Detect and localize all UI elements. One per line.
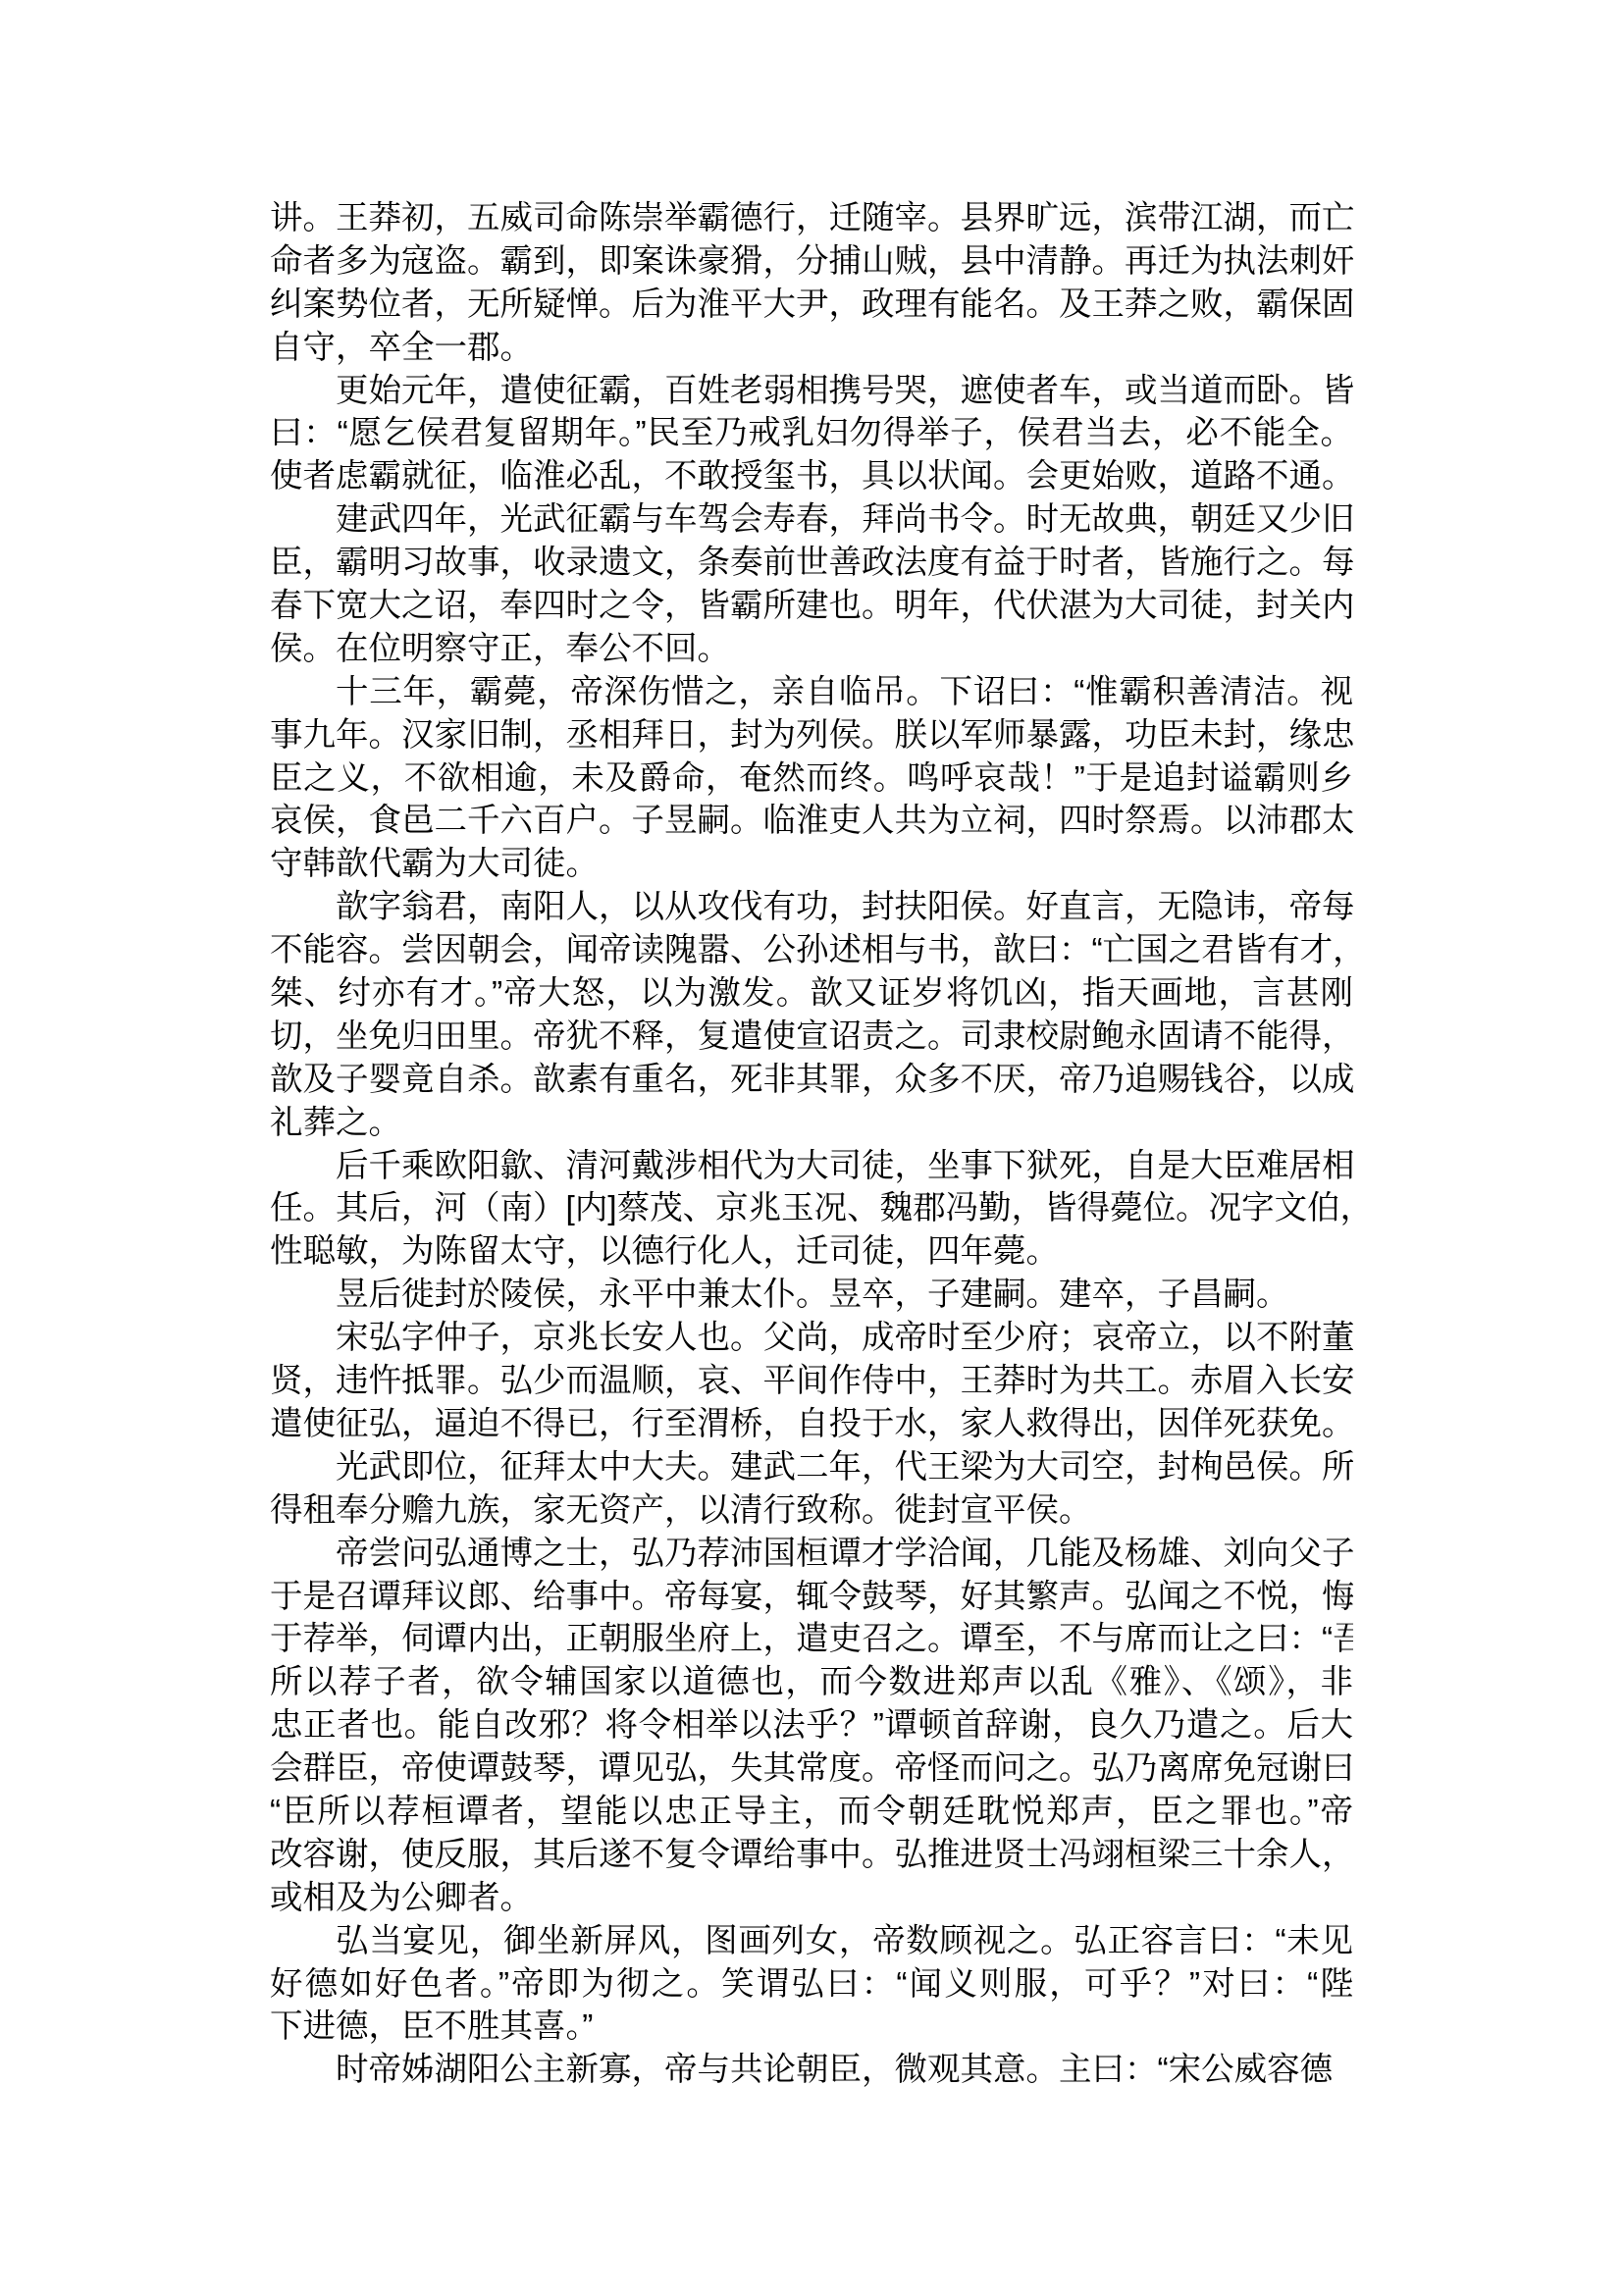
- paragraph: 宋弘字仲子，京兆长安人也。父尚，成帝时至少府；哀帝立，以不附董贤，违忤抵罪。弘少…: [270, 1317, 1353, 1446]
- text-line: 自守，卒全一郡。: [270, 327, 1353, 370]
- text-line: 侯。在位明察守正，奉公不回。: [270, 628, 1353, 671]
- paragraph: 建武四年，光武征霸与车驾会寿春，拜尚书令。时无故典，朝廷又少旧臣，霸明习故事，收…: [270, 498, 1353, 671]
- paragraph: 帝尝问弘通博之士，弘乃荐沛国桓谭才学洽闻，几能及杨雄、刘向父子。于是召谭拜议郎、…: [270, 1533, 1353, 1920]
- text-block: 讲。王莽初，五威司命陈崇举霸德行，迁随宰。县界旷远，滨带江湖，而亡命者多为寇盗。…: [270, 197, 1353, 2092]
- text-line: 命者多为寇盗。霸到，即案诛豪猾，分捕山贼，县中清静。再迁为执法刺奸，: [270, 240, 1353, 284]
- text-line: 光武即位，征拜太中大夫。建武二年，代王梁为大司空，封栒邑侯。所: [270, 1446, 1353, 1489]
- text-line: 更始元年，遣使征霸，百姓老弱相携号哭，遮使者车，或当道而卧。皆: [270, 370, 1353, 413]
- text-line: 于荐举，伺谭内出，正朝服坐府上，遣吏召之。谭至，不与席而让之曰：“吾: [270, 1618, 1353, 1661]
- text-line: 歆字翁君，南阳人，以从攻伐有功，封扶阳侯。好直言，无隐讳，帝每: [270, 886, 1353, 929]
- text-line: 好德如好色者。”帝即为彻之。笑谓弘曰：“闻义则服，可乎？”对曰：“陛: [270, 1963, 1353, 2007]
- text-line: 或相及为公卿者。: [270, 1877, 1353, 1920]
- text-line: 遣使征弘，逼迫不得已，行至渭桥，自投于水，家人救得出，因佯死获免。: [270, 1403, 1353, 1446]
- text-line: 事九年。汉家旧制，丞相拜日，封为列侯。朕以军师暴露，功臣未封，缘忠: [270, 714, 1353, 757]
- text-line: 哀侯，食邑二千六百户。子昱嗣。临淮吏人共为立祠，四时祭焉。以沛郡太: [270, 800, 1353, 843]
- text-line: 帝尝问弘通博之士，弘乃荐沛国桓谭才学洽闻，几能及杨雄、刘向父子。: [270, 1533, 1353, 1576]
- text-line: 下进德，臣不胜其喜。”: [270, 2006, 1353, 2049]
- text-line: 臣，霸明习故事，收录遗文，条奏前世善政法度有益于时者，皆施行之。每: [270, 542, 1353, 585]
- text-line: 改容谢，使反服，其后遂不复令谭给事中。弘推进贤士冯翊桓梁三十余人，: [270, 1834, 1353, 1877]
- paragraph: 后千乘欧阳歙、清河戴涉相代为大司徒，坐事下狱死，自是大臣难居相任。其后，河（南）…: [270, 1145, 1353, 1275]
- text-line: 贤，违忤抵罪。弘少而温顺，哀、平间作侍中，王莽时为共工。赤眉入长安，: [270, 1360, 1353, 1403]
- paragraph: 十三年，霸薨，帝深伤惜之，亲自临吊。下诏曰：“惟霸积善清洁。视事九年。汉家旧制，…: [270, 671, 1353, 886]
- text-line: 讲。王莽初，五威司命陈崇举霸德行，迁随宰。县界旷远，滨带江湖，而亡: [270, 197, 1353, 240]
- text-line: 忠正者也。能自改邪？将令相举以法乎？”谭顿首辞谢，良久乃遣之。后大: [270, 1704, 1353, 1747]
- text-line: 纠案势位者，无所疑惮。后为淮平大尹，政理有能名。及王莽之败，霸保固: [270, 284, 1353, 327]
- paragraph: 讲。王莽初，五威司命陈崇举霸德行，迁随宰。县界旷远，滨带江湖，而亡命者多为寇盗。…: [270, 197, 1353, 370]
- text-line: 臣之义，不欲相逾，未及爵命，奄然而终。鸣呼哀哉！”于是追封谥霸则乡: [270, 757, 1353, 801]
- document-page: 讲。王莽初，五威司命陈崇举霸德行，迁随宰。县界旷远，滨带江湖，而亡命者多为寇盗。…: [0, 0, 1624, 2294]
- text-line: 性聪敏，为陈留太守，以德行化人，迁司徒，四年薨。: [270, 1230, 1353, 1274]
- text-line: 后千乘欧阳歙、清河戴涉相代为大司徒，坐事下狱死，自是大臣难居相: [270, 1145, 1353, 1188]
- text-line: 得租奉分赡九族，家无资产，以清行致称。徙封宣平侯。: [270, 1489, 1353, 1533]
- paragraph: 光武即位，征拜太中大夫。建武二年，代王梁为大司空，封栒邑侯。所得租奉分赡九族，家…: [270, 1446, 1353, 1533]
- text-line: “臣所以荐桓谭者，望能以忠正导主，而令朝廷耽悦郑声，臣之罪也。”帝: [270, 1791, 1353, 1834]
- text-line: 切，坐免归田里。帝犹不释，复遣使宣诏责之。司隶校尉鲍永固请不能得，: [270, 1016, 1353, 1059]
- text-line: 建武四年，光武征霸与车驾会寿春，拜尚书令。时无故典，朝廷又少旧: [270, 498, 1353, 542]
- text-line: 歆及子婴竟自杀。歆素有重名，死非其罪，众多不厌，帝乃追赐钱谷，以成: [270, 1059, 1353, 1102]
- text-line: 曰：“愿乞侯君复留期年。”民至乃戒乳妇勿得举子，侯君当去，必不能全。: [270, 412, 1353, 455]
- text-line: 所以荐子者，欲令辅国家以道德也，而今数进郑声以乱《雅》、《颂》，非: [270, 1661, 1353, 1704]
- text-line: 守韩歆代霸为大司徒。: [270, 843, 1353, 886]
- text-line: 昱后徙封於陵侯，永平中兼太仆。昱卒，子建嗣。建卒，子昌嗣。: [270, 1274, 1353, 1317]
- text-line: 礼葬之。: [270, 1102, 1353, 1145]
- paragraph: 弘当宴见，御坐新屏风，图画列女，帝数顾视之。弘正容言曰：“未见好德如好色者。”帝…: [270, 1920, 1353, 2050]
- paragraph: 歆字翁君，南阳人，以从攻伐有功，封扶阳侯。好直言，无隐讳，帝每不能容。尝因朝会，…: [270, 886, 1353, 1144]
- text-line: 任。其后，河（南）[内]蔡茂、京兆玉况、魏郡冯勤，皆得薨位。况字文伯，: [270, 1187, 1353, 1230]
- text-line: 桀、纣亦有才。”帝大怒，以为激发。歆又证岁将饥凶，指天画地，言甚刚: [270, 972, 1353, 1016]
- text-line: 宋弘字仲子，京兆长安人也。父尚，成帝时至少府；哀帝立，以不附董: [270, 1317, 1353, 1360]
- text-line: 会群臣，帝使谭鼓琴，谭见弘，失其常度。帝怪而问之。弘乃离席免冠谢曰：: [270, 1747, 1353, 1791]
- paragraph: 更始元年，遣使征霸，百姓老弱相携号哭，遮使者车，或当道而卧。皆曰：“愿乞侯君复留…: [270, 370, 1353, 499]
- text-line: 春下宽大之诏，奉四时之令，皆霸所建也。明年，代伏湛为大司徒，封关内: [270, 585, 1353, 628]
- text-line: 时帝姊湖阳公主新寡，帝与共论朝臣，微观其意。主曰：“宋公威容德: [270, 2049, 1353, 2092]
- text-line: 不能容。尝因朝会，闻帝读隗嚣、公孙述相与书，歆曰：“亡国之君皆有才，: [270, 929, 1353, 972]
- text-line: 使者虑霸就征，临淮必乱，不敢授玺书，具以状闻。会更始败，道路不通。: [270, 455, 1353, 498]
- text-line: 于是召谭拜议郎、给事中。帝每宴，辄令鼓琴，好其繁声。弘闻之不悦，悔: [270, 1576, 1353, 1619]
- text-line: 十三年，霸薨，帝深伤惜之，亲自临吊。下诏曰：“惟霸积善清洁。视: [270, 671, 1353, 714]
- paragraph: 时帝姊湖阳公主新寡，帝与共论朝臣，微观其意。主曰：“宋公威容德: [270, 2049, 1353, 2092]
- paragraph: 昱后徙封於陵侯，永平中兼太仆。昱卒，子建嗣。建卒，子昌嗣。: [270, 1274, 1353, 1317]
- text-line: 弘当宴见，御坐新屏风，图画列女，帝数顾视之。弘正容言曰：“未见: [270, 1920, 1353, 1963]
